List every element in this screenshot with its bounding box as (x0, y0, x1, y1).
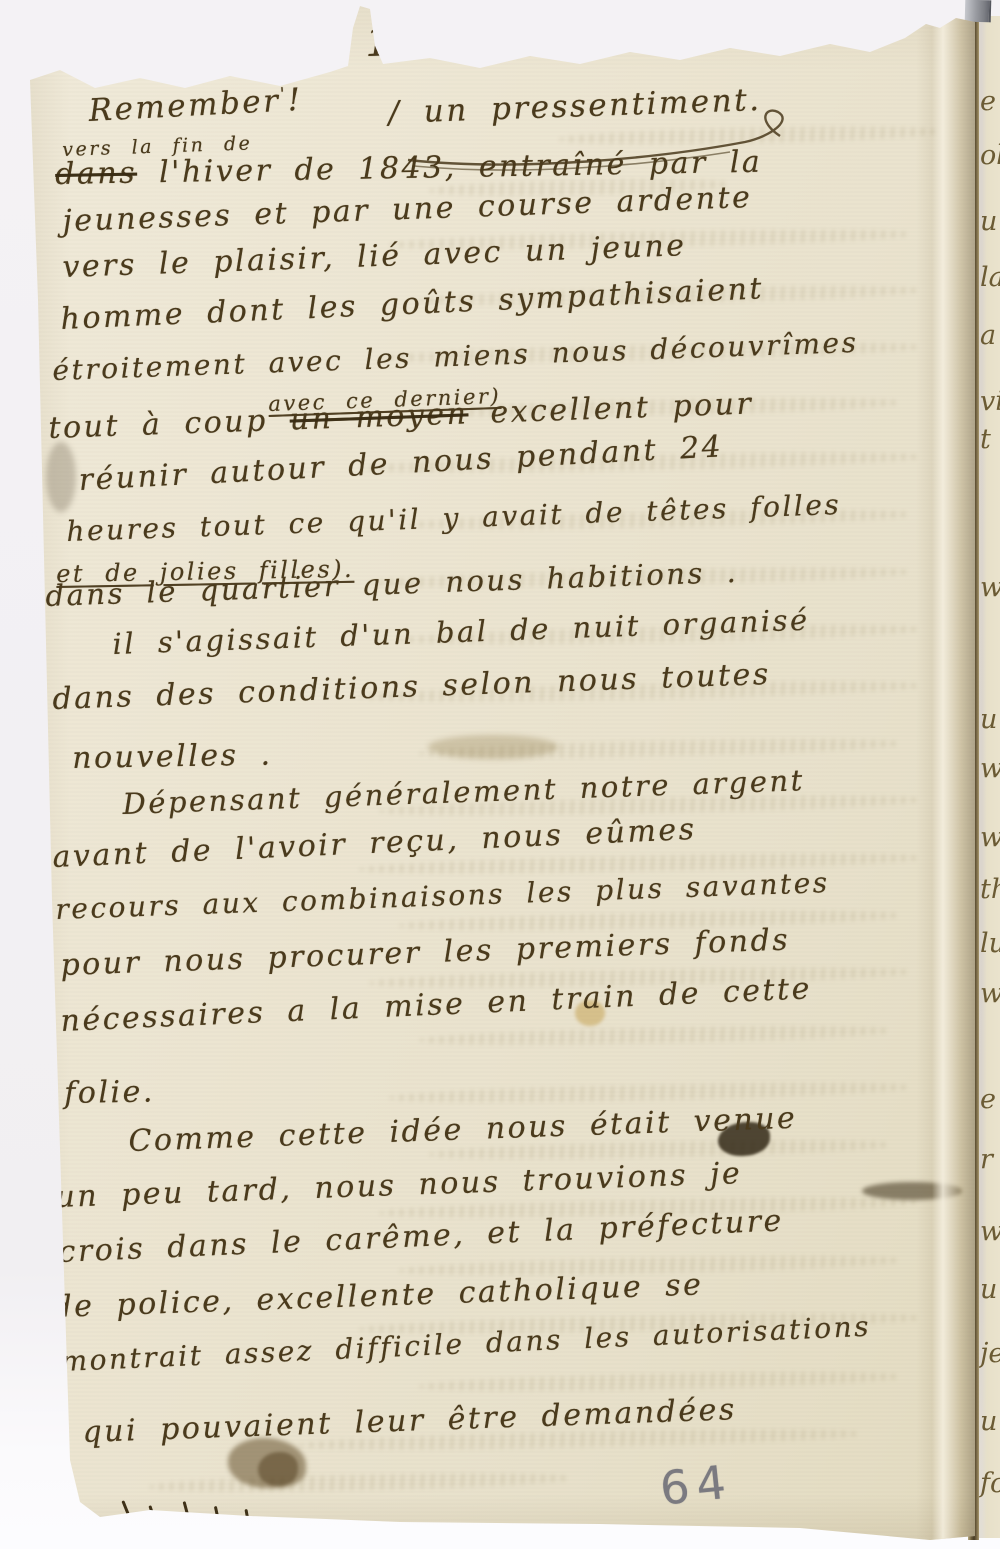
cutoff-stroke (214, 1506, 221, 1527)
adjacent-page-fragment: fo (980, 1468, 1000, 1499)
metal-clip (965, 0, 992, 22)
adjacent-page-fragment: u (980, 704, 997, 735)
cutoff-stroke (183, 1501, 193, 1528)
cutoff-stroke (244, 1509, 250, 1527)
manuscript-line: folie. (64, 1077, 155, 1109)
ink-stain (46, 442, 76, 512)
manuscript-line: nouvelles . (72, 741, 273, 774)
manuscript-line: Remember'! (88, 85, 303, 127)
adjacent-page-fragment: u (980, 206, 997, 237)
adjacent-page-fragment: r (980, 1144, 993, 1175)
manuscript-line: il s'agissait d'un bal de nuit organisé (112, 606, 810, 659)
cutoff-stroke (121, 1500, 131, 1520)
adjacent-page-fragment: la (980, 262, 1000, 293)
adjacent-page-fragment: u (980, 1406, 997, 1437)
adjacent-page-fragment: u (980, 1274, 997, 1305)
manuscript-line: homme dont les goûts sympathisaient (60, 274, 765, 335)
showthrough-line (420, 1023, 890, 1048)
manuscript-photo: eolulaavitwuwwthluwerwujeufo Jeudi 16 7b… (0, 0, 1000, 1549)
showthrough-line (150, 1471, 570, 1495)
showthrough-line (420, 736, 900, 761)
adjacent-page-fragment: w (980, 753, 1000, 784)
adjacent-page-fragment: w (980, 572, 1000, 603)
page-number: 64 (657, 1454, 735, 1515)
adjacent-page-fragment: e (980, 86, 996, 117)
adjacent-page-fragment: lu (980, 928, 1000, 959)
adjacent-page-fragment: je (980, 1338, 1000, 1369)
cutoff-stroke (148, 1505, 158, 1529)
manuscript-line: de police, excellente catholique se (52, 1270, 704, 1323)
showthrough-line (560, 124, 940, 147)
manuscript-line: vers le plaisir, lié avec un jeune (62, 231, 687, 283)
adjacent-page-fragment: w (980, 1216, 1000, 1247)
manuscript-line: Jeudi 16 7bre, 1852 (55, 3, 940, 74)
manuscript-line: étroitement avec les miens nous découvrî… (52, 329, 859, 385)
adjacent-page-fragment: w (980, 978, 1000, 1009)
showthrough-line (390, 1080, 910, 1106)
manuscript-line: réunir autour de nous pendant 24 (78, 432, 724, 496)
showthrough-line (420, 1369, 900, 1394)
adjacent-page-fragment: w (980, 822, 1000, 853)
adjacent-page-fragment: e (980, 1084, 996, 1115)
adjacent-page-fragment: th (980, 874, 1000, 905)
adjacent-page: eolulaavitwuwwthluwerwujeufo (977, 16, 1000, 1538)
manuscript-line: heures tout ce qu'il y avait de têtes fo… (66, 491, 842, 546)
adjacent-page-fragment: a (980, 320, 996, 351)
adjacent-page-fragment: vi (980, 386, 1000, 417)
adjacent-page-fragment: ol (980, 140, 1000, 171)
page-curl-shading (916, 18, 975, 1540)
manuscript-page: Jeudi 16 7bre, 1852Remember'!/ un presse… (0, 0, 1000, 1549)
manuscript-line: dans des conditions selon nous toutes (52, 660, 771, 715)
manuscript-line: / un pressentiment. (388, 85, 762, 129)
adjacent-page-fragment: t (980, 424, 991, 455)
